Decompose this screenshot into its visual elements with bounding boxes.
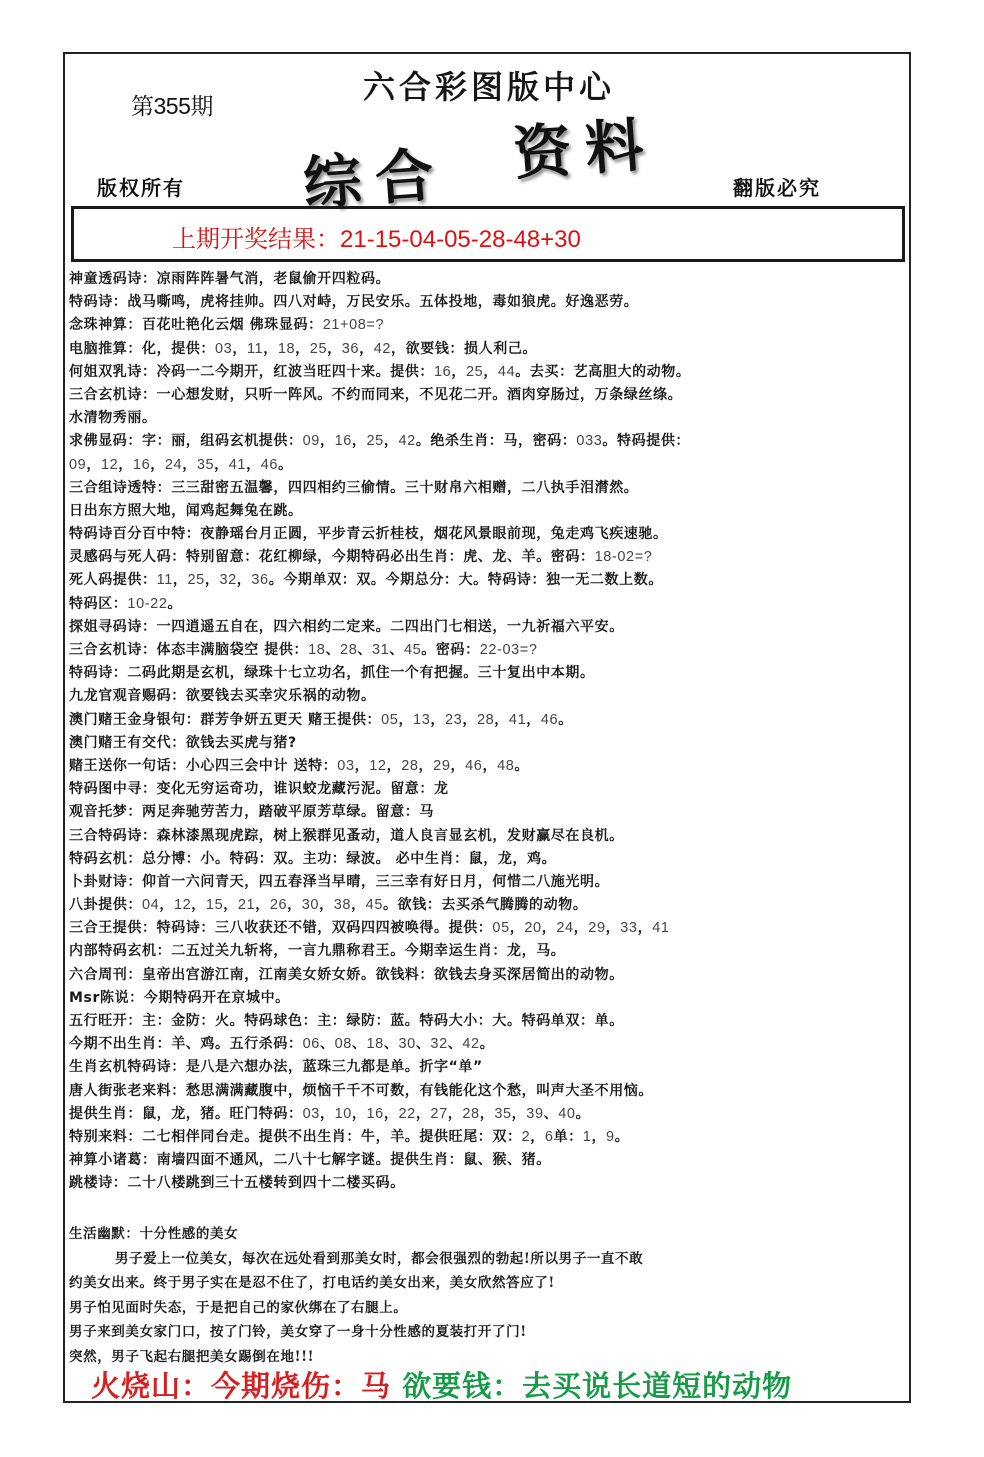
content-line: 日出东方照大地，闻鸡起舞兔在跳。 [69, 500, 905, 523]
content-line: 生肖玄机特码诗：是八是六想办法，蓝珠三九都是单。折字“单” [69, 1056, 905, 1079]
footer-green-text: 欲要钱：去买说长道短的动物 [402, 1369, 792, 1403]
content-line: 三合特码诗：森林漆黑现虎踪，树上猴群见蚤动，道人良言显玄机，发财赢尽在良机。 [69, 825, 905, 848]
last-draw-result-box: 上期开奖结果：21-15-04-05-28-48+30 [71, 206, 905, 262]
footer-banner: 火烧山：今期烧伤：马 欲要钱：去买说长道短的动物 [91, 1364, 792, 1405]
content-line: 内部特码玄机：二五过关九斩将，一言九鼎称君王。今期幸运生肖：龙，马。 [69, 940, 905, 963]
story-paragraph: 男子怕见面时失态，于是把自己的家伙绑在了右腿上。 [69, 1296, 905, 1321]
content-line: 三合组诗透特：三三甜密五温馨，四四相约三偷情。三十财帛六相赠，二八执手泪潸然。 [69, 477, 905, 500]
humor-story: 生活幽默：十分性感的美女 男子爱上一位美女，每次在远处看到那美女时，都会很强烈的… [69, 1222, 905, 1369]
story-paragraph: 男子爱上一位美女，每次在远处看到那美女时，都会很强烈的勃起!所以男子一直不敢 [69, 1247, 905, 1272]
content-line: 神童透码诗：凉雨阵阵暑气消，老鼠偷开四粒码。 [69, 268, 905, 291]
content-line: 三合玄机诗：体态丰满脑袋空 提供：18、28、31、45。密码：22-03=? [69, 639, 905, 662]
content-line: 特码诗：战马嘶鸣，虎将挂帅。四八对峙，万民安乐。五体投地，毒如狼虎。好逸恶劳。 [69, 291, 905, 314]
content-line: 特码诗百分百中特：夜静瑶台月正圆，平步青云折桂枝，烟花风景眼前现，兔走鸡飞疾速驰… [69, 523, 905, 546]
story-paragraph: 男子来到美女家门口，按了门铃，美女穿了一身十分性感的夏装打开了门! [69, 1320, 905, 1345]
document-sheet: 第355期 六合彩图版中心 综合 资料 版权所有 翻版必究 上期开奖结果：21-… [63, 52, 911, 1403]
content-line: 观音托梦：两足奔驰劳苦力，踏破平原芳草绿。留意：马 [69, 801, 905, 824]
content-line: 澳门赌王有交代：欲钱去买虎与猪? [69, 732, 905, 755]
content-line: Msr陈说：今期特码开在京城中。 [69, 987, 905, 1010]
content-line: 八卦提供：04，12，15，21，26，30，38，45。欲钱：去买杀气腾腾的动… [69, 894, 905, 917]
last-draw-result: 上期开奖结果：21-15-04-05-28-48+30 [172, 219, 581, 254]
content-line: 念珠神算：百花吐艳化云烟 佛珠显码：21+08=? [69, 314, 905, 337]
result-label: 上期开奖结果： [172, 226, 340, 253]
story-title: 生活幽默：十分性感的美女 [69, 1222, 905, 1247]
content-line: 特码诗：二码此期是玄机，绿珠十七立功名，抓住一个有把握。三十复出中本期。 [69, 662, 905, 685]
content-line: 电脑推算：化，提供：03，11，18，25，36，42，欲要钱：损人利己。 [69, 338, 905, 361]
content-line: 死人码提供：11，25，32，36。今期单双：双。今期总分：大。特码诗：独一无二… [69, 569, 905, 592]
content-line: 特码图中寻：变化无穷运奇功，谁识蛟龙藏污泥。留意：龙 [69, 778, 905, 801]
result-numbers: 21-15-04-05-28-48+30 [340, 226, 581, 253]
content-line: 神算小诸葛：南墙四面不通风，二八十七解字谜。提供生肖：鼠、猴、猪。 [69, 1149, 905, 1172]
content-line: 唐人街张老来料：愁思满满藏腹中，烦恼千千不可数，有钱能化这个愁，叫声大圣不用恼。 [69, 1080, 905, 1103]
content-line: 何姐双乳诗：冷码一二今期开，红波当旺四十来。提供：16，25，44。去买：艺高胆… [69, 361, 905, 384]
issue-number: 第355期 [131, 88, 213, 121]
main-title-part2: 资料 [510, 97, 660, 191]
content-line: 探姐寻码诗：一四逍遥五自在，四六相约二定来。二四出门七相送，一九祈福六平安。 [69, 616, 905, 639]
content-line: 特码区：10-22。 [69, 593, 905, 616]
content-line: 澳门赌王金身银句：群芳争妍五更天 赌王提供：05，13，23，28，41，46。 [69, 709, 905, 732]
story-paragraph: 约美女出来。终于男子实在是忍不住了，打电话约美女出来，美女欣然答应了! [69, 1271, 905, 1296]
content-line: 求佛显码：字：丽，组码玄机提供：09，16，25，42。绝杀生肖：马，密码：03… [69, 430, 905, 453]
content-line: 六合周刊：皇帝出宫游江南，江南美女娇女娇。欲钱料：欲钱去身买深居简出的动物。 [69, 964, 905, 987]
content-line: 卜卦财诗：仰首一六问青天，四五春泽当早晴，三三幸有好日月，何惜二八施光明。 [69, 871, 905, 894]
content-line: 九龙官观音赐码：欲要钱去买幸灾乐祸的动物。 [69, 685, 905, 708]
content-line: 三合王提供：特码诗：三八收获还不错，双码四四被唤得。提供：05，20，24，29… [69, 917, 905, 940]
publisher-title: 六合彩图版中心 [363, 62, 615, 108]
content-line: 特码玄机：总分博：小。特码：双。主功：绿波。 必中生肖：鼠，龙，鸡。 [69, 848, 905, 871]
footer-red-text: 火烧山：今期烧伤：马 [91, 1369, 391, 1403]
content-line: 09，12，16，24，35，41，46。 [69, 454, 905, 477]
content-line: 提供生肖：鼠，龙，猪。旺门特码：03，10，16，22，27，28，35，39、… [69, 1103, 905, 1126]
copyright-notice-right: 翻版必究 [733, 172, 821, 201]
content-line: 灵感码与死人码：特别留意：花红柳绿，今期特码必出生肖：虎、龙、羊。密码：18-0… [69, 546, 905, 569]
content-line: 五行旺开：主：金防：火。特码球色：主：绿防：蓝。特码大小：大。特码单双：单。 [69, 1010, 905, 1033]
content-line: 三合玄机诗：一心想发财，只听一阵风。不约而同来，不见花二开。酒肉穿肠过，万条绿丝… [69, 384, 905, 407]
content-line: 赌王送你一句话：小心四三会中计 送特：03，12，28，29，46，48。 [69, 755, 905, 778]
content-line: 特别来料：二七相伴同台走。提供不出生肖：牛，羊。提供旺尾：双：2，6单：1，9。 [69, 1126, 905, 1149]
content-lines: 神童透码诗：凉雨阵阵暑气消，老鼠偷开四粒码。特码诗：战马嘶鸣，虎将挂帅。四八对峙… [69, 268, 905, 1196]
content-line: 今期不出生肖：羊、鸡。五行杀码：06、08、18、30、32、42。 [69, 1033, 905, 1056]
copyright-notice-left: 版权所有 [97, 172, 185, 201]
content-line: 水清物秀丽。 [69, 407, 905, 430]
content-line: 跳楼诗：二十八楼跳到三十五楼转到四十二楼买码。 [69, 1172, 905, 1195]
